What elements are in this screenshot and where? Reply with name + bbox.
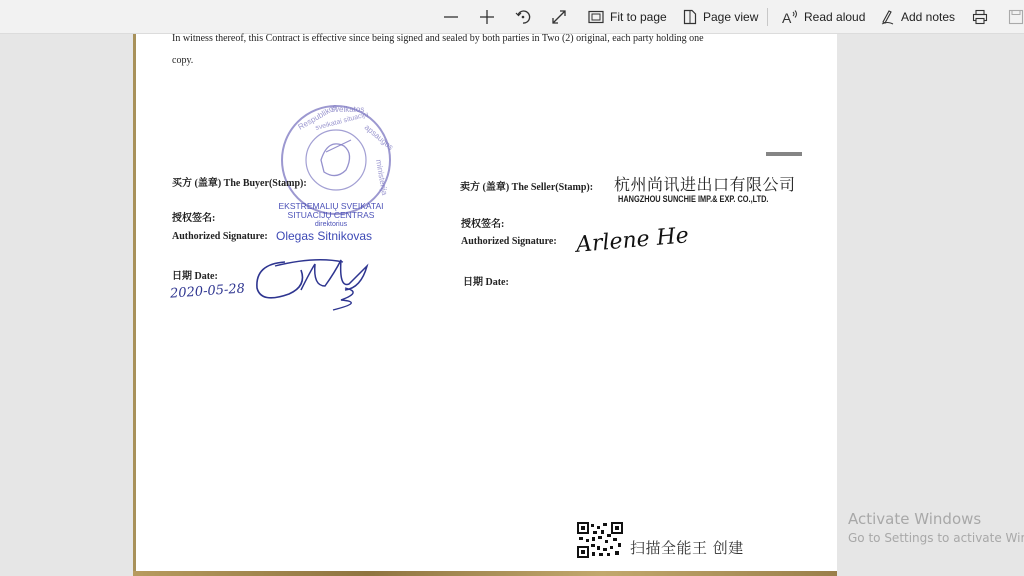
activate-windows-subtitle: Go to Settings to activate Windows. [848,531,1024,545]
read-aloud-label: Read aloud [804,10,865,24]
document-page [133,34,837,574]
add-notes-label: Add notes [901,10,955,24]
stamp-text-line2: SITUACIJŲ CENTRAS [266,211,396,220]
fit-to-page-icon [588,10,604,24]
zoom-in-button[interactable] [479,0,495,33]
svg-text:ministerija: ministerija [374,159,389,197]
zoom-out-button[interactable] [443,0,459,33]
reader-toolbar: Fit to page Page view A Read aloud Add n… [0,0,1024,34]
page-view-label: Page view [703,10,758,24]
svg-text:A: A [782,10,792,25]
read-aloud-button[interactable]: A Read aloud [782,0,865,33]
plus-icon [479,9,495,25]
buyer-handwritten-signature [245,250,385,315]
printer-icon [972,9,988,25]
buyer-date-label: 日期 Date: [172,267,218,282]
fullscreen-button[interactable] [551,0,567,33]
buyer-signer-name: Olegas Sitnikovas [276,229,372,243]
page-edge [133,571,837,576]
buyer-stamp-text: EKSTREMALIŲ SVEIKATAI SITUACIJŲ CENTRAS … [266,202,396,229]
buyer-stamp-label: 买方 (盖章) The Buyer(Stamp): [172,174,307,189]
print-button[interactable] [972,0,988,33]
seller-date-label: 日期 Date: [463,273,509,288]
fit-to-page-button[interactable]: Fit to page [588,0,667,33]
rotate-button[interactable] [515,0,531,33]
seller-stamp-label: 卖方 (盖章) The Seller(Stamp): [460,178,593,193]
seller-company-en: HANGZHOU SUNCHIE IMP.& EXP. CO.,LTD. [618,194,768,204]
contract-clause-line: In witness thereof, this Contract is eff… [172,33,792,46]
contract-clause-line2: copy. [172,55,193,66]
page-view-button[interactable]: Page view [683,0,758,33]
qr-code-icon [577,522,623,558]
toolbar-divider [767,8,768,26]
seller-company-cn: 杭州尚讯进出口有限公司 [614,172,796,195]
page-view-icon [683,9,697,25]
buyer-sign-label: Authorized Signature: [172,231,268,242]
expand-icon [551,9,567,25]
fit-to-page-label: Fit to page [610,10,667,24]
seller-sign-cn: 授权签名: [461,215,504,230]
scan-mark [766,152,802,156]
stamp-text-line3: direktorius [266,220,396,229]
buyer-sign-cn: 授权签名: [172,209,215,224]
seller-sign-label: Authorized Signature: [461,236,557,247]
pen-icon [879,9,895,25]
minus-icon [443,9,459,25]
read-aloud-icon: A [782,9,798,25]
activate-windows-title: Activate Windows [848,510,981,528]
rotate-icon [515,9,531,25]
scanner-app-text: 扫描全能王 创建 [630,537,744,558]
save-icon [1008,9,1024,25]
add-notes-button[interactable]: Add notes [879,0,955,33]
save-button[interactable] [1008,0,1024,33]
